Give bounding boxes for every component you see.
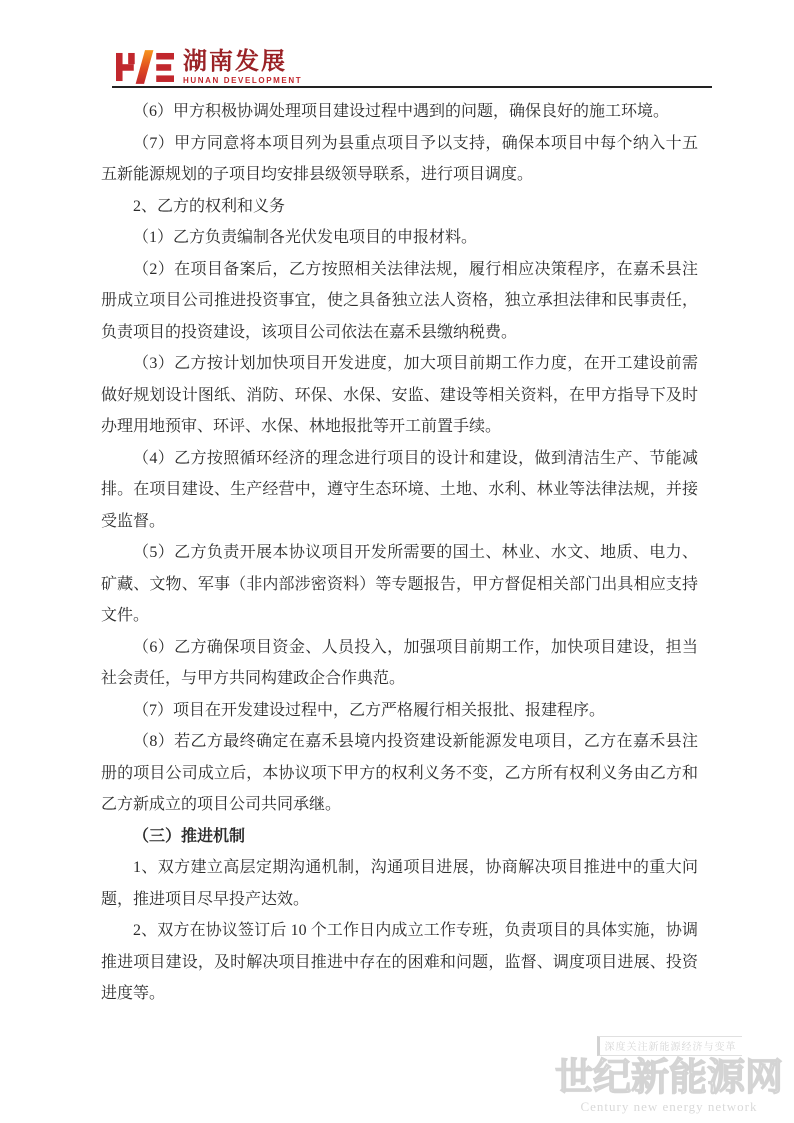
- doc-paragraph: （7）甲方同意将本项目列为县重点项目予以支持，确保本项目中每个纳入十五五新能源规…: [101, 128, 698, 191]
- doc-paragraph: 1、双方建立高层定期沟通机制，沟通项目进展，协商解决项目推进中的重大问题，推进项…: [101, 852, 698, 915]
- watermark-site-name: 世纪新能源网: [550, 1058, 788, 1098]
- doc-paragraph: 2、乙方的权利和义务: [101, 191, 698, 223]
- logo-text: 湖南发展 HUNAN DEVELOPMENT: [183, 50, 302, 85]
- doc-paragraph: （6）甲方积极协调处理项目建设过程中遇到的问题，确保良好的施工环境。: [101, 96, 698, 128]
- doc-paragraph: 2、双方在协议签订后 10 个工作日内成立工作专班，负责项目的具体实施，协调推进…: [101, 915, 698, 1010]
- hne-logo-icon: [116, 50, 174, 84]
- doc-paragraph: （6）乙方确保项目资金、人员投入，加强项目前期工作，加快项目建设，担当社会责任，…: [101, 632, 698, 695]
- doc-paragraph: （4）乙方按照循环经济的理念进行项目的设计和建设，做到清洁生产、节能减排。在项目…: [101, 443, 698, 538]
- doc-paragraph: （1）乙方负责编制各光伏发电项目的申报材料。: [101, 222, 698, 254]
- watermark-tagline: 深度关注新能源经济与变革: [597, 1036, 742, 1056]
- doc-paragraph: （5）乙方负责开展本协议项目开发所需要的国土、林业、水文、地质、电力、矿藏、文物…: [101, 537, 698, 632]
- company-logo: 湖南发展 HUNAN DEVELOPMENT: [116, 50, 302, 85]
- doc-paragraph: （7）项目在开发建设过程中，乙方严格履行相关报批、报建程序。: [101, 695, 698, 727]
- doc-paragraph: （8）若乙方最终确定在嘉禾县境内投资建设新能源发电项目，乙方在嘉禾县注册的项目公…: [101, 726, 698, 821]
- site-watermark: 深度关注新能源经济与变革 世纪新能源网 Century new energy n…: [550, 1036, 788, 1115]
- doc-paragraph: （3）乙方按计划加快项目开发进度，加大项目前期工作力度，在开工建设前需做好规划设…: [101, 348, 698, 443]
- document-body: （6）甲方积极协调处理项目建设过程中遇到的问题，确保良好的施工环境。 （7）甲方…: [101, 96, 698, 1010]
- watermark-site-name-en: Century new energy network: [550, 1099, 788, 1115]
- header-divider: [112, 86, 712, 88]
- document-page: 湖南发展 HUNAN DEVELOPMENT （6）甲方积极协调处理项目建设过程…: [0, 0, 794, 1123]
- logo-company-name-cn: 湖南发展: [183, 50, 302, 74]
- doc-paragraph: （2）在项目备案后，乙方按照相关法律法规，履行相应决策程序，在嘉禾县注册成立项目…: [101, 254, 698, 349]
- logo-company-name-en: HUNAN DEVELOPMENT: [183, 77, 302, 85]
- doc-section-heading: （三）推进机制: [101, 821, 698, 853]
